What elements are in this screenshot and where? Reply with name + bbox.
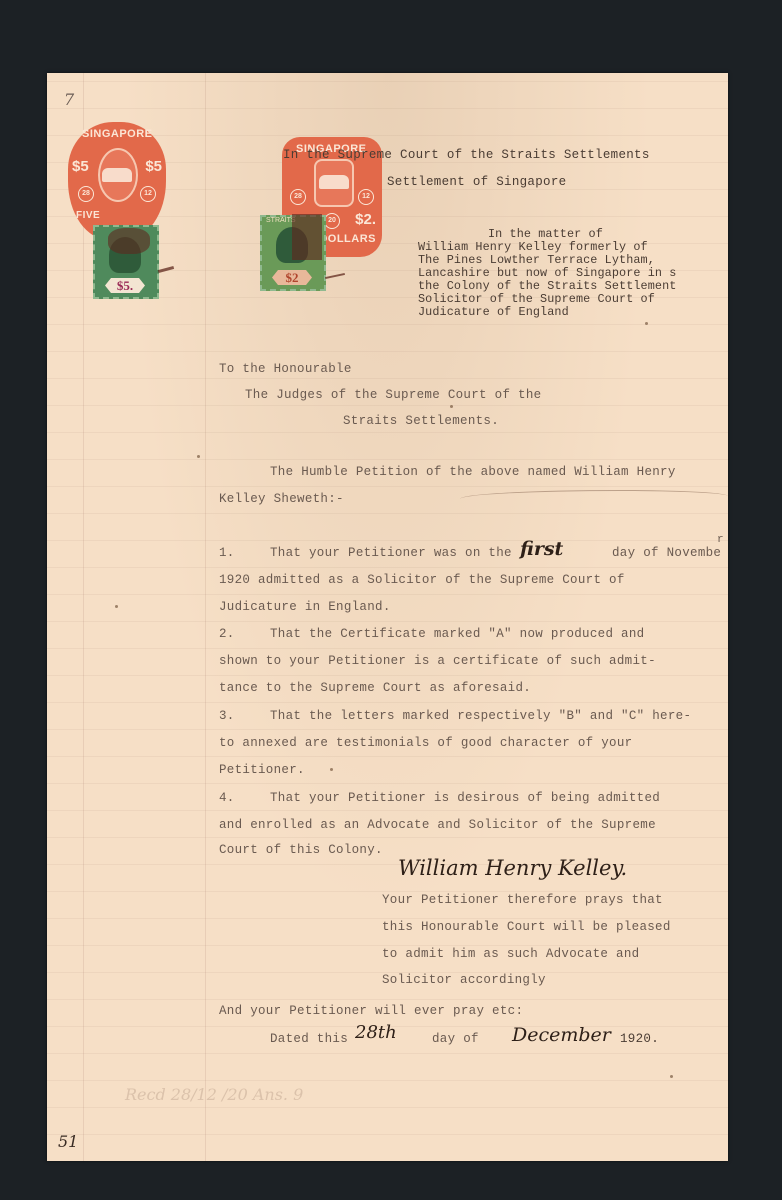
stamp-circle-left: 28 (78, 186, 94, 202)
dated-year: 1920. (620, 1032, 659, 1046)
matter-line-1: In the matter of (488, 228, 603, 241)
stamp-bottom-label: FIVE (76, 210, 100, 221)
item-1-line-1a: That your Petitioner was on the (270, 546, 512, 560)
item-3-line-3: Petitioner. (219, 763, 305, 777)
cancellation-mark (108, 228, 150, 254)
item-1-number: 1. (219, 546, 235, 560)
matter-line-3: The Pines Lowther Terrace Lytham, (418, 254, 655, 267)
stamp-value-left: $5 (72, 158, 89, 175)
prayer-line-1: Your Petitioner therefore prays that (382, 893, 663, 907)
prayer-line-4: Solicitor accordingly (382, 973, 546, 987)
margin-rule-inner (205, 73, 206, 1161)
ink-speck (670, 1075, 673, 1078)
ink-speck (450, 405, 453, 408)
item-4-number: 4. (219, 791, 235, 805)
margin-rule-left (83, 73, 84, 1161)
stamp-value: $5. (105, 278, 145, 293)
court-heading: In the Supreme Court of the Straits Sett… (283, 148, 650, 162)
item-2-number: 2. (219, 627, 235, 641)
stamp-value: $2. (355, 211, 376, 228)
closing-line: And your Petitioner will ever pray etc: (219, 1004, 523, 1018)
item-2-line-2: shown to your Petitioner is a certificat… (219, 654, 656, 668)
matter-line-6: Solicitor of the Supreme Court of (418, 293, 655, 306)
address-line-3: Straits Settlements. (343, 414, 499, 428)
intro-line-2: Kelley Sheweth:- (219, 492, 344, 506)
item-4-line-3: Court of this Colony. (219, 843, 383, 857)
ink-speck (197, 455, 200, 458)
dated-day-handwritten: 28th (355, 1022, 397, 1043)
stamp-circle-left: 28 (290, 189, 306, 205)
item-1-handwritten-first: first (520, 538, 563, 560)
stamp-bottom-label: DOLLARS (319, 233, 376, 245)
stamp-label: SINGAPORE (82, 128, 153, 140)
item-1-correction: r (717, 533, 724, 547)
page-number-mark-top: 7 (64, 90, 74, 109)
intro-line-1: The Humble Petition of the above named W… (270, 465, 676, 479)
item-1-line-1b: day of Novembe (612, 546, 721, 560)
page-number-mark-bottom: 51 (58, 1132, 78, 1151)
ink-speck (115, 605, 118, 608)
crown-frame (314, 159, 354, 207)
paper-tear (460, 490, 728, 505)
settlement-heading: Settlement of Singapore (387, 175, 566, 189)
stamp-circle-right: 12 (140, 186, 156, 202)
ink-speck (330, 768, 333, 771)
dated-month-handwritten: December (512, 1024, 611, 1046)
stamp-circle-right: 12 (358, 189, 374, 205)
item-2-line-1: That the Certificate marked "A" now prod… (270, 627, 644, 641)
item-3-line-1: That the letters marked respectively "B"… (270, 709, 691, 723)
dated-middle: day of (432, 1032, 479, 1046)
petitioner-signature: William Henry Kelley. (398, 856, 627, 880)
item-1-line-2: 1920 admitted as a Solicitor of the Supr… (219, 573, 625, 587)
embossed-five-dollar-stamp: SINGAPORE $5 $5 28 12 FIVE (68, 122, 166, 240)
item-1-line-3: Judicature in England. (219, 600, 391, 614)
item-4-line-1: That your Petitioner is desirous of bein… (270, 791, 660, 805)
prayer-line-2: this Honourable Court will be pleased (382, 920, 671, 934)
crown-oval (98, 148, 138, 202)
item-3-number: 3. (219, 709, 235, 723)
ink-speck (645, 322, 648, 325)
matter-line-5: the Colony of the Straits Settlement (418, 280, 676, 293)
dated-prefix: Dated this (270, 1032, 348, 1046)
address-line-1: To the Honourable (219, 362, 352, 376)
crown-icon (319, 175, 349, 189)
matter-line-7: Judicature of England (418, 306, 569, 319)
item-4-line-2: and enrolled as an Advocate and Solicito… (219, 818, 656, 832)
faint-pencil-note: Recd 28/12 /20 Ans. 9 (125, 1085, 303, 1104)
matter-line-4: Lancashire but now of Singapore in s (418, 267, 676, 280)
address-line-2: The Judges of the Supreme Court of the (245, 388, 541, 402)
stamp-circle-bottom: 20 (324, 213, 340, 229)
stamp-value-right: $5 (145, 158, 162, 175)
prayer-line-3: to admit him as such Advocate and (382, 947, 639, 961)
matter-line-2: William Henry Kelley formerly of (418, 241, 648, 254)
item-2-line-3: tance to the Supreme Court as aforesaid. (219, 681, 531, 695)
stamp-value: $2 (272, 270, 312, 285)
cancellation-mark (292, 214, 322, 260)
crown-icon (102, 168, 132, 182)
item-3-line-2: to annexed are testimonials of good char… (219, 736, 632, 750)
